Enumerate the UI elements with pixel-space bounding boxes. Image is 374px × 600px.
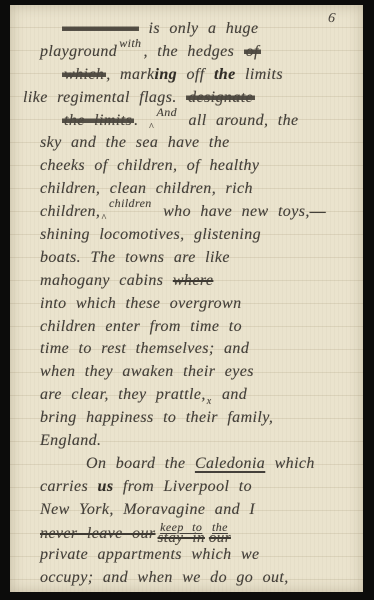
text-segment: mahogany cabins <box>40 272 173 289</box>
text-segment: limits <box>236 66 283 83</box>
text-segment: into which these overgrown <box>40 295 242 312</box>
scribbled-deletion: designate <box>186 89 255 106</box>
line-end-dash: — <box>310 203 326 220</box>
text-segment: which <box>265 455 315 472</box>
text-segment: cheeks of children, of healthy <box>40 157 259 174</box>
scribbled-deletion: of <box>244 43 261 60</box>
text-segment: New York, Moravagine and I <box>40 501 255 518</box>
text-segment: off <box>177 66 214 83</box>
handwriting-line: cheeks of children, of healthy <box>40 155 359 178</box>
scribbled-deletion: which <box>62 66 106 83</box>
handwriting-line: On board the Caledonia which <box>40 453 359 476</box>
handwriting-line: children,^children who have new toys,— <box>40 201 359 224</box>
manuscript-page: 6 ————— is only a hugeplaygroundwith, th… <box>10 5 363 592</box>
text-segment: , mark <box>106 66 154 83</box>
struck-text: where <box>173 272 214 289</box>
text-segment: , the hedges <box>143 43 243 60</box>
text-segment: . <box>134 112 148 129</box>
handwriting-line: mahogany cabins where <box>40 270 359 293</box>
inserted-text: And <box>157 101 178 124</box>
handwriting-line: time to rest themselves; and <box>40 338 359 361</box>
text-segment: boats. The towns are like <box>40 249 230 266</box>
caret-mark: x <box>207 391 212 414</box>
handwriting-line: which, marking off the limits <box>40 64 359 87</box>
text-segment: are clear, they prattle, <box>40 386 206 403</box>
handwriting-line: children enter from time to <box>40 316 359 339</box>
struck-text: stay in <box>158 533 205 544</box>
caret-mark: ^ <box>149 117 154 140</box>
text-segment: shining locomotives, glistening <box>40 226 261 243</box>
caret-mark: ^ <box>101 208 106 231</box>
handwriting-line: sky and the sea have the <box>40 132 359 155</box>
text-segment: children, <box>40 203 100 220</box>
text-segment: On board the <box>86 455 195 472</box>
handwriting-line: boats. The towns are like <box>40 247 359 270</box>
handwriting-line: occupy; and when we do go out, <box>40 567 359 590</box>
text-segment: who have new toys, <box>154 203 310 220</box>
struck-text: never leave our <box>40 525 156 542</box>
struck-text: our <box>209 533 231 544</box>
handwriting-line: playgroundwith, the hedges of <box>40 41 359 64</box>
handwriting-line: ————— is only a huge <box>40 18 359 41</box>
text-segment: time to rest themselves; and <box>40 340 249 357</box>
text-segment: occupy; and when we do go out, <box>40 569 289 586</box>
text-segment: and <box>213 386 248 403</box>
edit-stack: keep tostay in <box>158 522 205 544</box>
handwriting-line: England. <box>40 430 359 453</box>
handwriting-line: never leave ourkeep tostay intheour <box>40 522 359 545</box>
handwriting-line: New York, Moravagine and I <box>40 499 359 522</box>
inserted-text: children <box>109 192 152 215</box>
handwriting-line: shining locomotives, glistening <box>40 224 359 247</box>
handwriting-line: are clear, they prattle,x and <box>40 384 359 407</box>
handwriting-line: private appartments which we <box>40 544 359 567</box>
text-segment: from Liverpool to <box>113 478 252 495</box>
handwriting-line: into which these overgrown <box>40 293 359 316</box>
handwriting-line: children, clean children, rich <box>40 178 359 201</box>
text-segment: is only a huge <box>139 20 258 37</box>
manuscript-lines: ————— is only a hugeplaygroundwith, the … <box>40 18 359 590</box>
text-segment: sky and the sea have the <box>40 134 230 151</box>
text-segment: bring happiness to their family, <box>40 409 273 426</box>
overwritten-text: ing <box>155 66 178 83</box>
text-segment: all around, the <box>179 112 298 129</box>
handwriting-line: when they awaken their eyes <box>40 361 359 384</box>
handwriting-line: bring happiness to their family, <box>40 407 359 430</box>
text-segment: when they awaken their eyes <box>40 363 254 380</box>
inserted-text: with <box>119 32 141 55</box>
text-segment: private appartments which we <box>40 546 260 563</box>
photo-frame: 6 ————— is only a hugeplaygroundwith, th… <box>0 0 374 600</box>
text-segment: children enter from time to <box>40 318 242 335</box>
underlined-text: Caledonia <box>195 455 265 472</box>
text-segment: playground <box>40 43 117 60</box>
edit-stack: theour <box>209 522 231 544</box>
text-segment: carries <box>40 478 98 495</box>
overwritten-text: us <box>98 478 114 495</box>
handwriting-line: like regimental flags. designate <box>23 87 359 110</box>
scribbled-deletion: the limits <box>62 112 134 129</box>
text-segment: England. <box>40 432 101 449</box>
handwriting-line: carries us from Liverpool to <box>40 476 359 499</box>
overwritten-text: the <box>214 66 236 83</box>
handwriting-line: the limits. ^And all around, the <box>40 110 359 133</box>
